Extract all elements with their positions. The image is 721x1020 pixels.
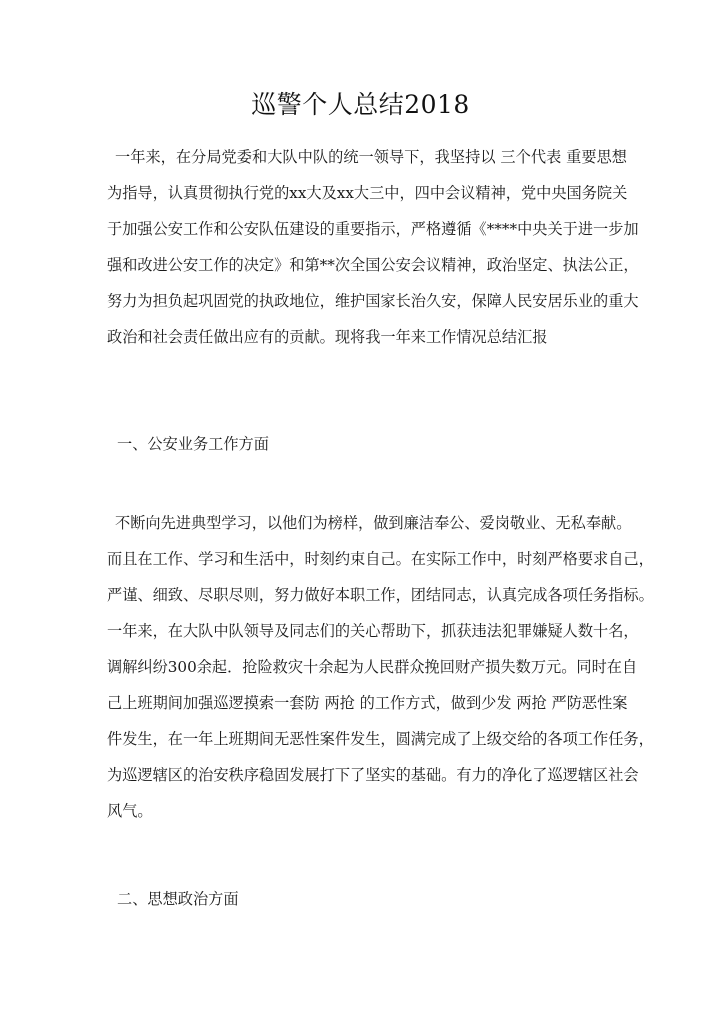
paragraph-line: 强和改进公安工作的决定》和第**次全国公安会议精神，政治坚定、执法公正， xyxy=(107,255,627,275)
paragraph-line: 己上班期间加强巡逻摸索一套防 两抢 的工作方式，做到少发 两抢 严防恶性案 xyxy=(107,693,627,713)
paragraph-line: 调解纠纷300余起．抢险救灾十余起为人民群众挽回财产损失数万元。同时在自 xyxy=(107,657,627,677)
section-heading-public-security-work: 一、公安业务工作方面 xyxy=(117,434,269,454)
paragraph-line: 努力为担负起巩固党的执政地位，维护国家长治久安，保障人民安居乐业的重大 xyxy=(107,291,627,311)
paragraph-line: 严谨、细致、尽职尽则，努力做好本职工作，团结同志，认真完成各项任务指标。 xyxy=(107,585,627,605)
paragraph-line: 件发生，在一年上班期间无恶性案件发生，圆满完成了上级交给的各项工作任务， xyxy=(107,729,627,749)
paragraph-line: 一年来，在分局党委和大队中队的统一领导下，我坚持以 三个代表 重要思想 xyxy=(115,147,627,167)
section-heading-ideological-political: 二、思想政治方面 xyxy=(117,889,239,909)
paragraph-line: 于加强公安工作和公安队伍建设的重要指示，严格遵循《****中央关于进一步加 xyxy=(107,219,627,239)
paragraph-line: 政治和社会责任做出应有的贡献。现将我一年来工作情况总结汇报 xyxy=(107,327,627,347)
paragraph-line: 为巡逻辖区的治安秩序稳固发展打下了坚实的基础。有力的净化了巡逻辖区社会 xyxy=(107,765,627,785)
paragraph-line: 为指导，认真贯彻执行党的xx大及xx大三中，四中会议精神，党中央国务院关 xyxy=(107,183,627,203)
document-page: 巡警个人总结2018 一年来，在分局党委和大队中队的统一领导下，我坚持以 三个代… xyxy=(0,0,721,1020)
document-title: 巡警个人总结2018 xyxy=(0,88,721,122)
paragraph-line: 不断向先进典型学习，以他们为榜样，做到廉洁奉公、爱岗敬业、无私奉献。 xyxy=(115,513,627,533)
paragraph-line: 而且在工作、学习和生活中，时刻约束自己。在实际工作中，时刻严格要求自己， xyxy=(107,549,627,569)
paragraph-line: 风气。 xyxy=(107,801,627,821)
paragraph-line: 一年来，在大队中队领导及同志们的关心帮助下，抓获违法犯罪嫌疑人数十名， xyxy=(107,621,627,641)
